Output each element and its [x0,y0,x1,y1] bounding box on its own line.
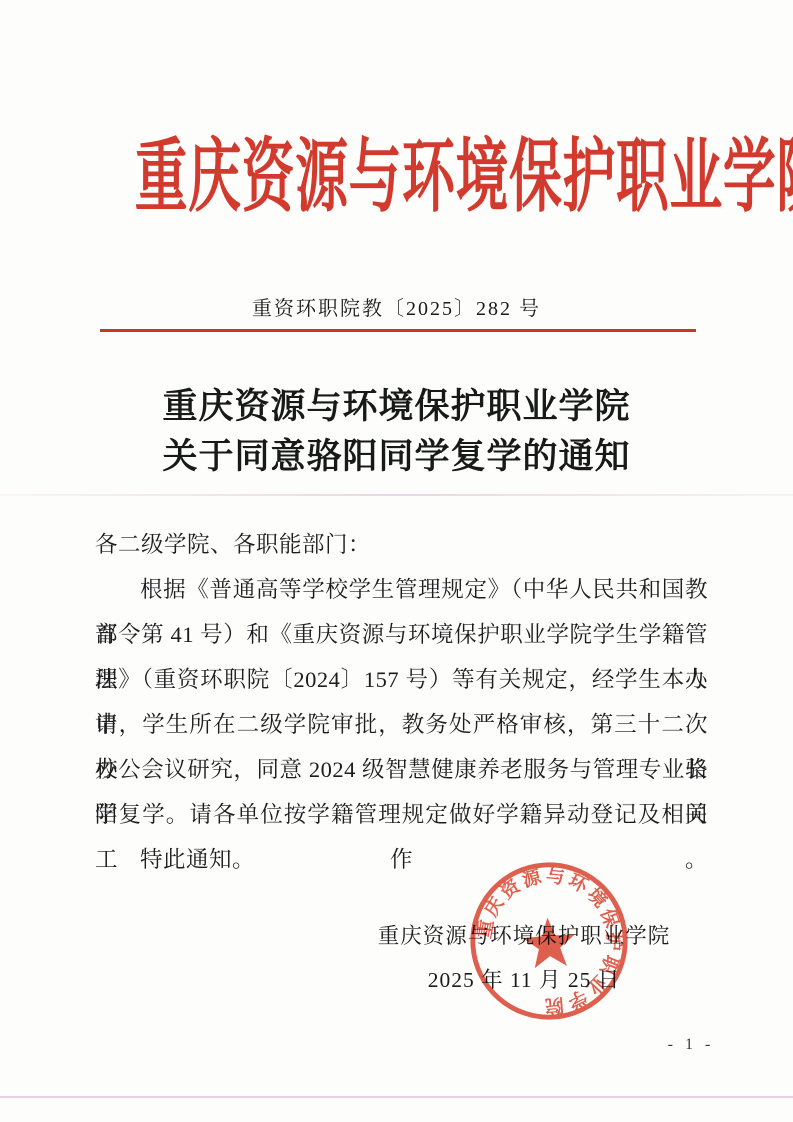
notice-title-line1: 重庆资源与环境保护职业学院 [0,382,793,432]
body-line: 学复学。请各单位按学籍管理规定做好学籍异动登记及相关工作。 [95,792,708,837]
red-rule-divider [100,329,696,332]
notice-title-line2: 关于同意骆阳同学复学的通知 [0,432,793,482]
body-line: 请，学生所在二级学院审批，教务处严格审核，第三十二次校长 [95,702,708,747]
body-line: 部令第 41 号）和《重庆资源与环境保护职业学院学生学籍管理办 [95,612,708,657]
scan-fold-line [0,494,793,496]
body-line: 法》（重资环职院〔2024〕157 号）等有关规定，经学生本人申 [95,657,708,702]
body-line: 办公会议研究，同意 2024 级智慧健康养老服务与管理专业骆阳同 [95,747,708,792]
masthead-title: 重庆资源与环境保护职业学院 [135,128,658,228]
document-number: 重资环职院教〔2025〕282 号 [0,292,793,321]
notice-body: 各二级学院、各职能部门： 根据《普通高等学校学生管理规定》（中华人民共和国教育 … [95,522,708,882]
page-number: - 1 - [636,1036,746,1054]
seal-graphic: 重庆资源与环境保护职业学院 [460,852,637,1029]
body-line: 根据《普通高等学校学生管理规定》（中华人民共和国教育 [95,567,708,612]
seal-star-icon [521,916,576,969]
notice-title: 重庆资源与环境保护职业学院 关于同意骆阳同学复学的通知 [0,382,793,482]
official-seal-stamp: 重庆资源与环境保护职业学院 [460,852,637,1029]
salutation-line: 各二级学院、各职能部门： [95,522,708,567]
scan-edge-line [0,1096,793,1098]
document-page: 重庆资源与环境保护职业学院 重资环职院教〔2025〕282 号 重庆资源与环境保… [0,0,793,1122]
